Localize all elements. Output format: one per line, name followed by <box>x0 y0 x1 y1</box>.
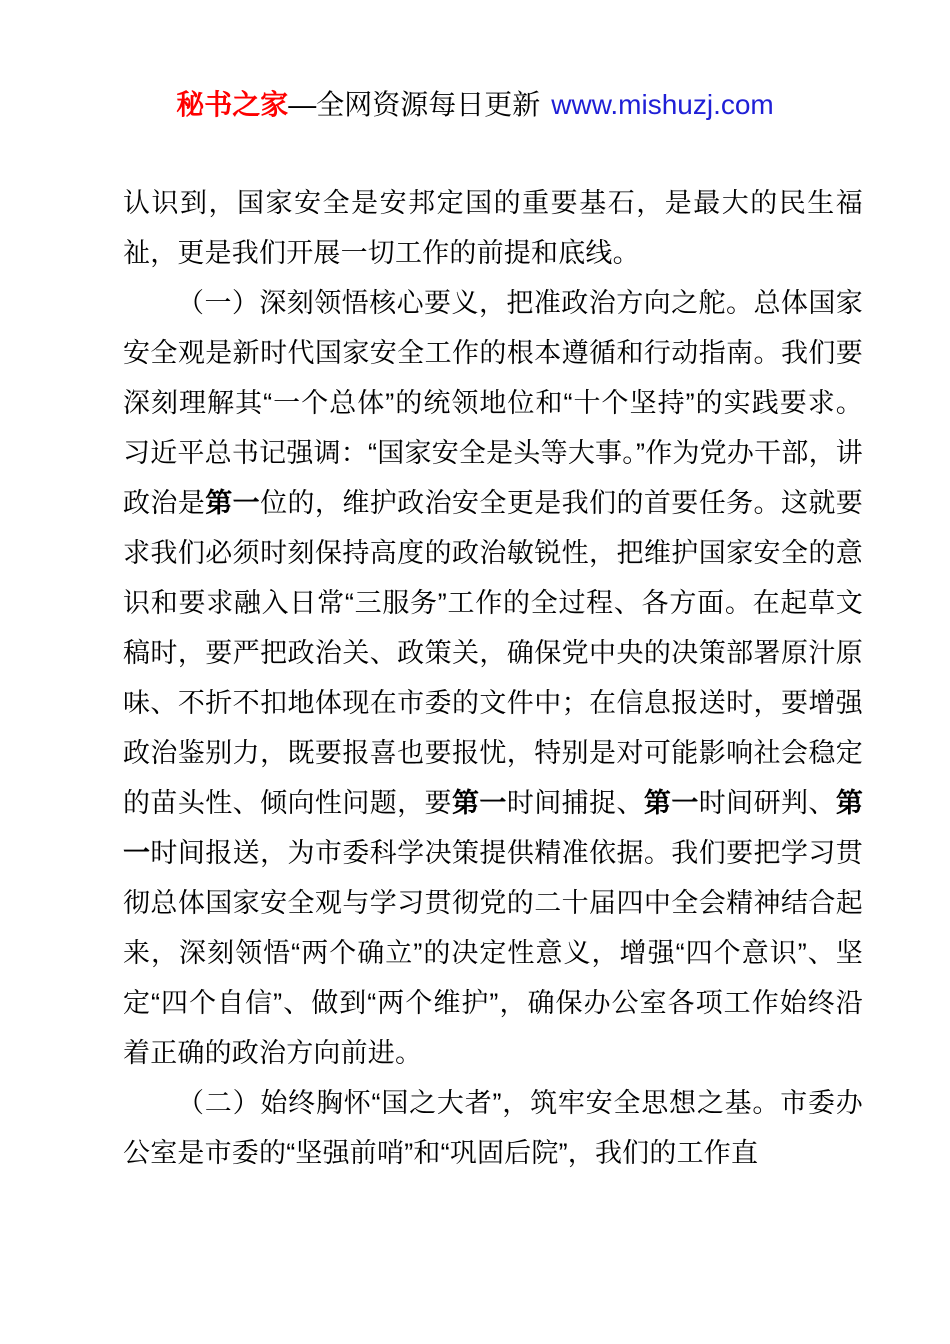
paragraph: （一）深刻领悟核心要义，把准政治方向之舵。总体国家安全观是新时代国家安全工作的根… <box>123 278 863 1078</box>
text-run: 时间报送，为市委科学决策提供精准依据。我们要把学习贯彻总体国家安全观与学习贯彻党… <box>123 838 863 1068</box>
site-url-link[interactable]: www.mishuzj.com <box>551 89 773 120</box>
text-run: （二）始终胸怀“国之大者”，筑牢安全思想之基。市委办公室是市委的“坚强前哨”和“… <box>123 1088 863 1168</box>
text-run: 时间研判、 <box>699 788 836 818</box>
text-run: 位的，维护政治安全更是我们的首要任务。这就要求我们必须时刻保持高度的政治敏锐性，… <box>123 488 863 818</box>
paragraph: 认识到，国家安全是安邦定国的重要基石，是最大的民生福祉，更是我们开展一切工作的前… <box>123 178 863 278</box>
emphasis-text: 第一 <box>452 788 507 818</box>
site-header: 秘书之家—全网资源每日更新www.mishuzj.com <box>0 0 950 122</box>
document-body: 认识到，国家安全是安邦定国的重要基石，是最大的民生福祉，更是我们开展一切工作的前… <box>123 178 863 1178</box>
text-run: 认识到，国家安全是安邦定国的重要基石，是最大的民生福祉，更是我们开展一切工作的前… <box>123 188 863 268</box>
header-separator: — <box>288 89 316 120</box>
site-tagline: 全网资源每日更新 <box>316 89 540 120</box>
site-brand: 秘书之家 <box>176 89 288 120</box>
emphasis-text: 第一 <box>644 788 699 818</box>
paragraph: （二）始终胸怀“国之大者”，筑牢安全思想之基。市委办公室是市委的“坚强前哨”和“… <box>123 1078 863 1178</box>
document-page: 秘书之家—全网资源每日更新www.mishuzj.com 认识到，国家安全是安邦… <box>0 0 950 1344</box>
text-run: （一）深刻领悟核心要义，把准政治方向之舵。总体国家安全观是新时代国家安全工作的根… <box>123 288 863 518</box>
emphasis-text: 第一 <box>205 488 260 518</box>
text-run: 时间捕捉、 <box>507 788 644 818</box>
